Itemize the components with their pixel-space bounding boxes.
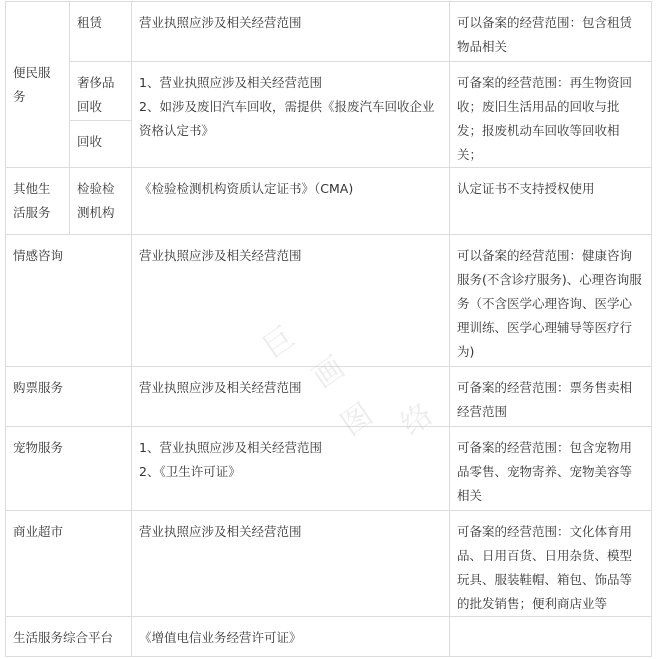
subcategory-cell: 回收 [70, 121, 132, 168]
requirement-text: 《检验检测机构资质认定证书》（CMA) [139, 177, 442, 201]
category-cell: 便民服务 [6, 2, 70, 168]
requirement-text: 1、营业执照应涉及相关经营范围 [139, 71, 442, 95]
requirement-text: 营业执照应涉及相关经营范围 [139, 244, 442, 268]
requirement-text: 营业执照应涉及相关经营范围 [139, 11, 442, 35]
subcategory-cell: 检验检测机构 [70, 168, 132, 235]
note-text: 可备案的经营范围：包含宠物用品零售、宠物寄养、宠物美容等相关 [457, 440, 632, 503]
note-text: 可以备案的经营范围：包含租赁物品相关 [457, 15, 632, 54]
category-cell: 商业超市 [6, 511, 132, 617]
note-text: 可备案的经营范围：文化体育用品、日用百货、日用杂货、模型玩具、服装鞋帽、箱包、饰… [457, 524, 632, 611]
requirement-text: 2、《卫生许可证》 [139, 460, 442, 484]
note-cell: 认定证书不支持授权使用 [450, 168, 652, 235]
subcategory-cell: 奢侈品回收 [70, 62, 132, 121]
category-cell: 情感咨询 [6, 235, 132, 367]
note-text: 可备案的经营范围：票务售卖相经营范围 [457, 380, 632, 419]
category-label: 宠物服务 [13, 440, 63, 455]
table-row: 宠物服务 1、营业执照应涉及相关经营范围 2、《卫生许可证》 可备案的经营范围：… [6, 427, 652, 511]
category-cell: 生活服务综合平台 [6, 617, 132, 657]
note-cell: 可以备案的经营范围：包含租赁物品相关 [450, 2, 652, 62]
table-row: 商业超市 营业执照应涉及相关经营范围 可备案的经营范围：文化体育用品、日用百货、… [6, 511, 652, 617]
requirement-text: 营业执照应涉及相关经营范围 [139, 376, 442, 400]
business-scope-table: 便民服务 租赁 营业执照应涉及相关经营范围 可以备案的经营范围：包含租赁物品相关… [5, 1, 652, 657]
note-cell: 可以备案的经营范围：健康咨询服务(不含诊疗服务)、心理咨询服务（不含医学心理咨询… [450, 235, 652, 367]
table-row: 购票服务 营业执照应涉及相关经营范围 可备案的经营范围：票务售卖相经营范围 [6, 367, 652, 427]
note-cell: 可备案的经营范围：包含宠物用品零售、宠物寄养、宠物美容等相关 [450, 427, 652, 511]
table-row: 其他生活服务 检验检测机构 《检验检测机构资质认定证书》（CMA) 认定证书不支… [6, 168, 652, 235]
note-cell [450, 617, 652, 657]
category-label: 其他生活服务 [13, 181, 51, 220]
requirement-cell: 《检验检测机构资质认定证书》（CMA) [132, 168, 450, 235]
subcategory-cell: 租赁 [70, 2, 132, 62]
requirement-text: 1、营业执照应涉及相关经营范围 [139, 436, 442, 460]
note-cell: 可备案的经营范围：再生物资回收；废旧生活用品的回收与批发；报废机动车回收等回收相… [450, 62, 652, 168]
requirement-cell: 营业执照应涉及相关经营范围 [132, 511, 450, 617]
requirement-text: 《增值电信业务经营许可证》 [139, 626, 442, 650]
requirement-cell: 1、营业执照应涉及相关经营范围 2、如涉及废旧汽车回收，需提供《报废汽车回收企业… [132, 62, 450, 168]
note-text: 认定证书不支持授权使用 [457, 181, 595, 196]
requirement-cell: 营业执照应涉及相关经营范围 [132, 367, 450, 427]
requirement-cell: 1、营业执照应涉及相关经营范围 2、《卫生许可证》 [132, 427, 450, 511]
category-label: 商业超市 [13, 524, 63, 539]
subcategory-label: 回收 [77, 134, 102, 149]
requirement-cell: 营业执照应涉及相关经营范围 [132, 2, 450, 62]
requirement-cell: 营业执照应涉及相关经营范围 [132, 235, 450, 367]
category-label: 情感咨询 [13, 248, 63, 263]
category-label: 便民服务 [13, 65, 51, 104]
category-label: 生活服务综合平台 [13, 630, 113, 645]
note-cell: 可备案的经营范围：票务售卖相经营范围 [450, 367, 652, 427]
requirement-text: 2、如涉及废旧汽车回收，需提供《报废汽车回收企业资格认定书》 [139, 95, 442, 143]
table-row: 奢侈品回收 1、营业执照应涉及相关经营范围 2、如涉及废旧汽车回收，需提供《报废… [6, 62, 652, 121]
note-text: 可以备案的经营范围：健康咨询服务(不含诊疗服务)、心理咨询服务（不含医学心理咨询… [457, 248, 642, 359]
table-row: 情感咨询 营业执照应涉及相关经营范围 可以备案的经营范围：健康咨询服务(不含诊疗… [6, 235, 652, 367]
note-cell: 可备案的经营范围：文化体育用品、日用百货、日用杂货、模型玩具、服装鞋帽、箱包、饰… [450, 511, 652, 617]
subcategory-label: 检验检测机构 [77, 181, 115, 220]
table-row: 便民服务 租赁 营业执照应涉及相关经营范围 可以备案的经营范围：包含租赁物品相关 [6, 2, 652, 62]
requirement-text: 营业执照应涉及相关经营范围 [139, 520, 442, 544]
category-cell: 其他生活服务 [6, 168, 70, 235]
subcategory-label: 奢侈品回收 [77, 75, 115, 114]
category-cell: 购票服务 [6, 367, 132, 427]
table-row: 生活服务综合平台 《增值电信业务经营许可证》 [6, 617, 652, 657]
subcategory-label: 租赁 [77, 15, 102, 30]
category-label: 购票服务 [13, 380, 63, 395]
requirement-cell: 《增值电信业务经营许可证》 [132, 617, 450, 657]
note-text: 可备案的经营范围：再生物资回收；废旧生活用品的回收与批发；报废机动车回收等回收相… [457, 75, 632, 162]
category-cell: 宠物服务 [6, 427, 132, 511]
